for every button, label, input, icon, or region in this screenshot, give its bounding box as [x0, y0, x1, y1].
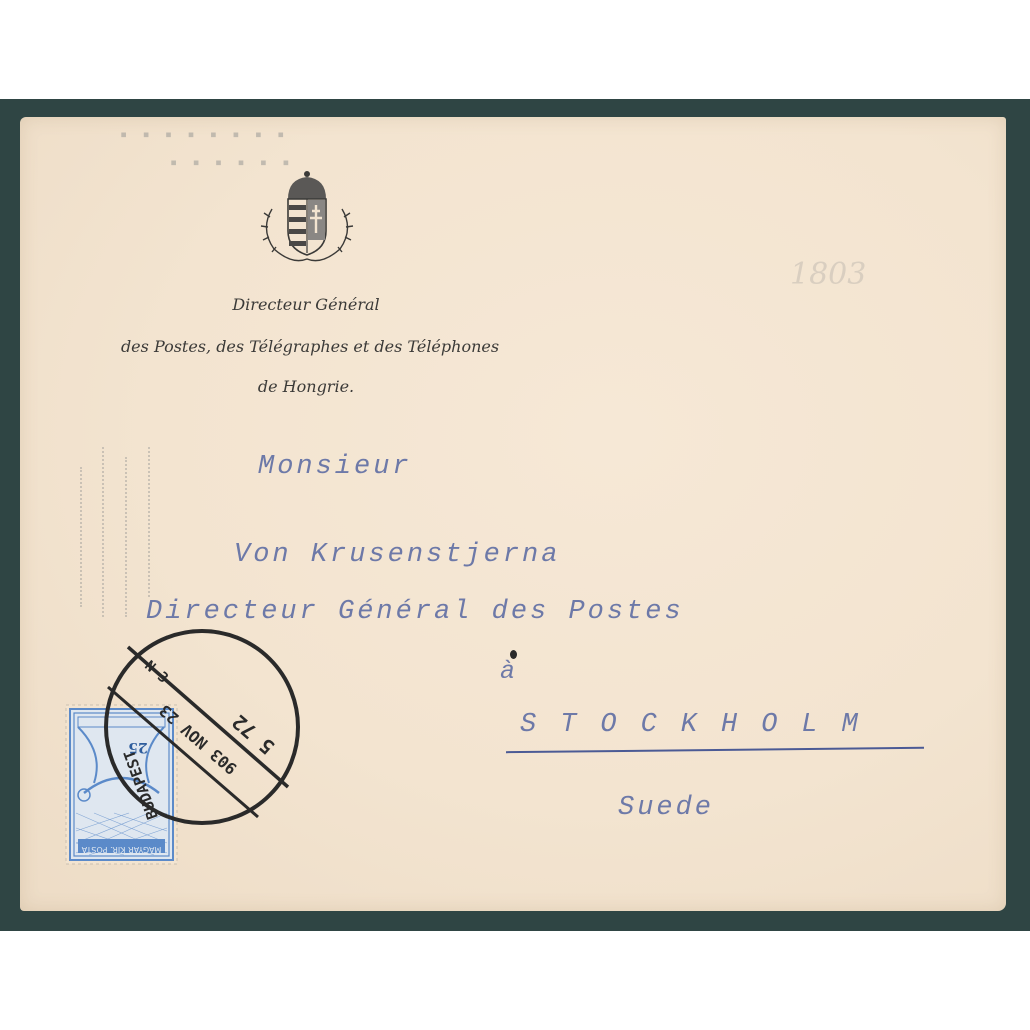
ghost-imprint-col [148, 447, 156, 597]
address-city: STOCKHOLM [520, 710, 882, 740]
ghost-imprint-top: ▪ ▪ ▪ ▪ ▪ ▪ ▪ ▪ [120, 127, 288, 141]
ghost-imprint-col [102, 447, 110, 617]
ghost-imprint-top-2: ▪ ▪ ▪ ▪ ▪ ▪ [170, 155, 293, 169]
envelope: ▪ ▪ ▪ ▪ ▪ ▪ ▪ ▪ ▪ ▪ ▪ ▪ ▪ ▪ Directeur Gé… [20, 117, 1006, 911]
address-preposition: à [500, 657, 518, 686]
letterhead-line-3: de Hongrie. [20, 377, 592, 396]
address-name: Von Krusenstjerna [234, 540, 560, 570]
letterhead-line-2: des Postes, des Télégraphes et des Télép… [80, 337, 540, 356]
cancellation-postmark: 5 72 903 NOV 23 N 3 BUDAPEST [88, 617, 316, 837]
stamp-inscription: MAGYAR KIR. POSTA [81, 845, 161, 854]
pencil-annotation: 1803 [790, 257, 866, 292]
ghost-imprint-col [80, 467, 88, 607]
hungarian-coat-of-arms-icon [252, 169, 362, 267]
postmark-time: 5 72 [227, 710, 279, 760]
ghost-imprint-col [125, 457, 133, 617]
address-salutation: Monsieur [258, 452, 412, 482]
address-country: Suede [618, 793, 714, 823]
letterhead-line-1: Directeur Général [20, 295, 592, 314]
city-underline [506, 747, 924, 753]
